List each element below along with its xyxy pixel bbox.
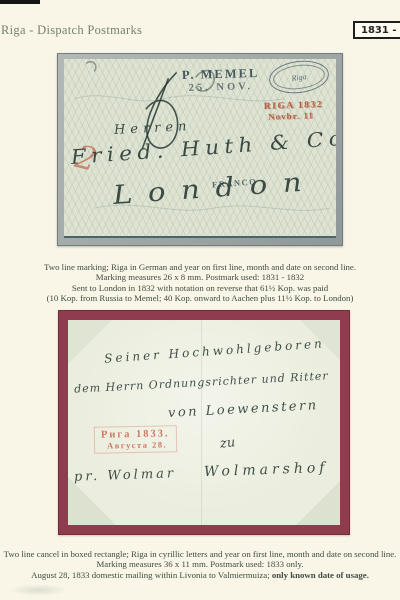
cover2-caption-line3: August 28, 1833 domestic mailing within … — [0, 570, 400, 580]
memel-postmark-line2: 25. NOV. — [182, 81, 260, 94]
riga-cyrillic-boxed-postmark: Рига 1833. Августа 28. — [94, 425, 177, 453]
album-page: Riga - Dispatch Postmarks 1831 - 1833 P.… — [0, 0, 400, 600]
cover2-caption-line3-text: August 28, 1833 domestic mailing within … — [31, 570, 272, 580]
cover2-address-line1: Seiner Hochwohlgeboren — [104, 336, 325, 365]
cover2-letter-paper: Seiner Hochwohlgeboren dem Herrn Ordnung… — [68, 320, 340, 525]
cover1-caption-line2: Marking measures 26 x 8 mm. Postmark use… — [0, 272, 400, 282]
cover1-letter-paper: P. MEMEL 25. NOV. Riga RIGA 1832 Novbr. … — [64, 59, 336, 238]
cover1-caption: Two line marking; Riga in German and yea… — [0, 262, 400, 304]
oval-handstamp-text: Riga — [272, 62, 327, 92]
cover2-route-note: pr. Wolmar — [74, 466, 177, 485]
riga-cyrillic-postmark-line2: Августа 28. — [107, 439, 170, 450]
cover1-matted-letter: P. MEMEL 25. NOV. Riga RIGA 1832 Novbr. … — [57, 53, 343, 246]
cover2-caption-line3-bold: only known date of usage. — [272, 570, 369, 580]
memel-transit-postmark: P. MEMEL 25. NOV. — [182, 66, 260, 94]
riga-red-postmark-line2: Novbr. 11 — [268, 110, 323, 122]
page-title: Riga - Dispatch Postmarks — [1, 23, 142, 38]
cover2-destination: Wolmarshof — [204, 460, 329, 480]
fold-corner-bottom-right — [296, 481, 340, 525]
cover2-address-line3: von Loewenstern — [168, 398, 319, 421]
cover1-caption-line3: Sent to London in 1832 with notation on … — [0, 283, 400, 293]
cover1-caption-line1: Two line marking; Riga in German and yea… — [0, 262, 400, 272]
riga-red-dispatch-postmark: RIGA 1832 Novbr. 11 — [264, 100, 324, 122]
cover2-caption: Two line cancel in boxed rectangle; Riga… — [0, 549, 400, 580]
scan-edge-artifact — [0, 0, 40, 4]
cover2-caption-line1: Two line cancel in boxed rectangle; Riga… — [0, 549, 400, 559]
cover2-connector-mark: zu — [219, 435, 236, 452]
period-badge: 1831 - 1833 — [353, 21, 400, 39]
scan-smudge-artifact — [8, 584, 68, 596]
cover1-caption-line4: (10 Kop. from Russia to Memel; 40 Kop. o… — [0, 293, 400, 303]
cover2-framed-letter: Seiner Hochwohlgeboren dem Herrn Ordnung… — [58, 310, 350, 535]
cover2-caption-line2: Marking measures 36 x 11 mm. Postmark us… — [0, 559, 400, 569]
